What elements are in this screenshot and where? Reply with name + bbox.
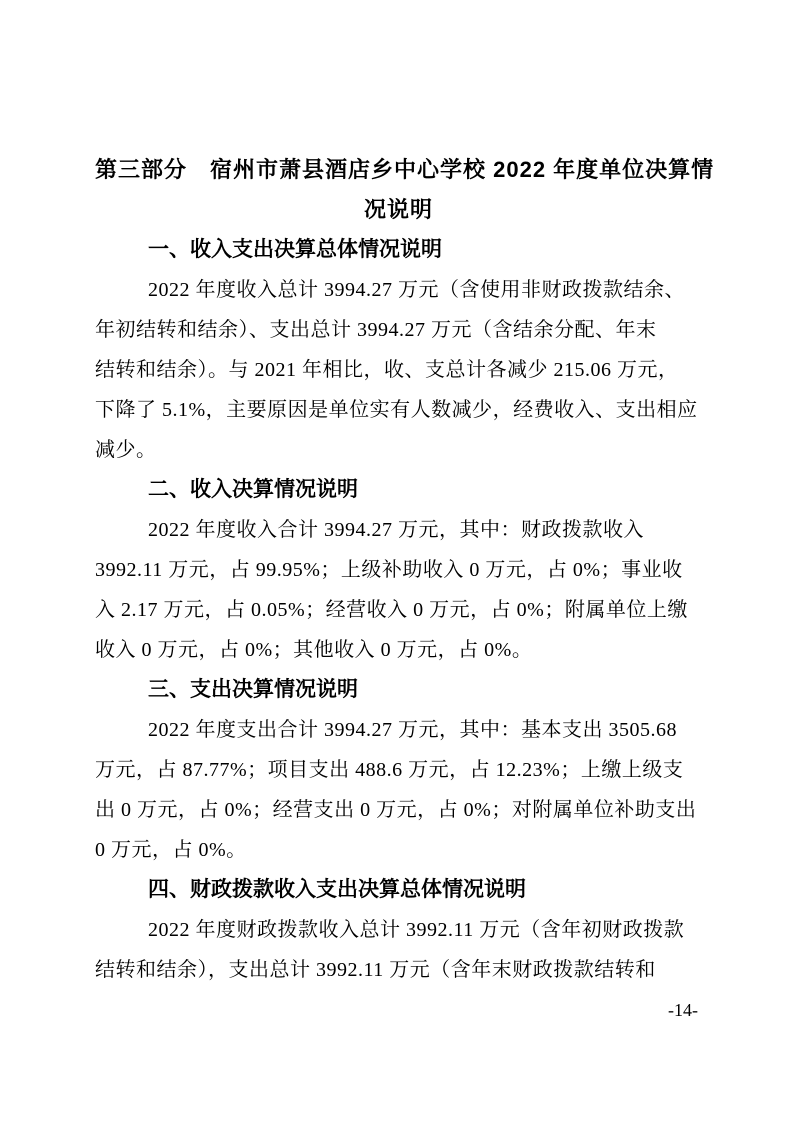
body-line: 入 2.17 万元，占 0.05%；经营收入 0 万元，占 0%；附属单位上缴 bbox=[95, 590, 702, 630]
body-line: 万元，占 87.77%；项目支出 488.6 万元，占 12.23%；上缴上级支 bbox=[95, 750, 702, 790]
document-title: 第三部分 宿州市萧县酒店乡中心学校 2022 年度单位决算情 况说明 bbox=[95, 150, 702, 230]
section-income: 二、收入决算情况说明 2022 年度收入合计 3994.27 万元，其中：财政拨… bbox=[95, 470, 702, 670]
section-heading-2: 二、收入决算情况说明 bbox=[95, 470, 702, 510]
body-line: 下降了 5.1%，主要原因是单位实有人数减少，经费收入、支出相应 bbox=[95, 390, 702, 430]
section-fiscal-appropriation: 四、财政拨款收入支出决算总体情况说明 2022 年度财政拨款收入总计 3992.… bbox=[95, 870, 702, 990]
body-line: 年初结转和结余）、支出总计 3994.27 万元（含结余分配、年末 bbox=[95, 310, 702, 350]
body-line: 减少。 bbox=[95, 430, 702, 470]
body-line: 结转和结余），支出总计 3992.11 万元（含年末财政拨款结转和 bbox=[95, 950, 702, 990]
body-line: 3992.11 万元，占 99.95%；上级补助收入 0 万元，占 0%；事业收 bbox=[95, 550, 702, 590]
body-line: 结转和结余）。与 2021 年相比，收、支总计各减少 215.06 万元， bbox=[95, 350, 702, 390]
body-line: 2022 年度收入总计 3994.27 万元（含使用非财政拨款结余、 bbox=[95, 270, 702, 310]
document-title-line-2: 况说明 bbox=[95, 190, 702, 230]
body-line: 收入 0 万元，占 0%；其他收入 0 万元，占 0%。 bbox=[95, 630, 702, 670]
body-line: 0 万元，占 0%。 bbox=[95, 830, 702, 870]
document-title-line-1: 第三部分 宿州市萧县酒店乡中心学校 2022 年度单位决算情 bbox=[95, 150, 702, 190]
page-number: -14- bbox=[95, 990, 702, 1030]
section-overall: 一、收入支出决算总体情况说明 2022 年度收入总计 3994.27 万元（含使… bbox=[95, 230, 702, 470]
section-expenditure: 三、支出决算情况说明 2022 年度支出合计 3994.27 万元，其中：基本支… bbox=[95, 670, 702, 870]
body-line: 2022 年度收入合计 3994.27 万元，其中：财政拨款收入 bbox=[95, 510, 702, 550]
body-line: 出 0 万元，占 0%；经营支出 0 万元，占 0%；对附属单位补助支出 bbox=[95, 790, 702, 830]
section-heading-4: 四、财政拨款收入支出决算总体情况说明 bbox=[95, 870, 702, 910]
document-page: 第三部分 宿州市萧县酒店乡中心学校 2022 年度单位决算情 况说明 一、收入支… bbox=[0, 0, 793, 1122]
section-heading-1: 一、收入支出决算总体情况说明 bbox=[95, 230, 702, 270]
body-line: 2022 年度财政拨款收入总计 3992.11 万元（含年初财政拨款 bbox=[95, 910, 702, 950]
section-heading-3: 三、支出决算情况说明 bbox=[95, 670, 702, 710]
body-line: 2022 年度支出合计 3994.27 万元，其中：基本支出 3505.68 bbox=[95, 710, 702, 750]
